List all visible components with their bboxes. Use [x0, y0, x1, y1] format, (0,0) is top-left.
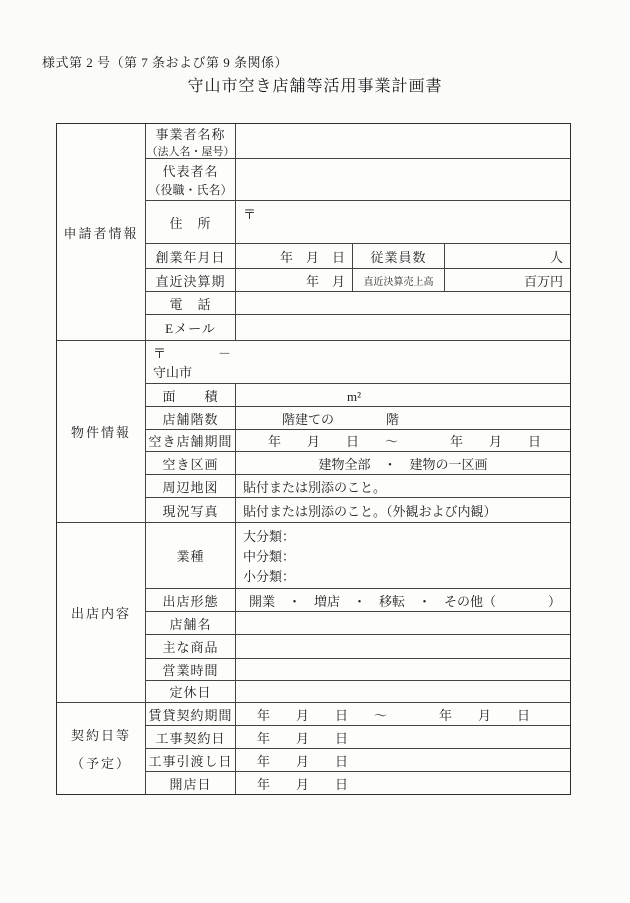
row-regular-holiday: 定休日	[146, 681, 570, 702]
row-property-address: 〒 － 守山市	[146, 341, 570, 384]
label-phone: 電 話	[146, 292, 236, 314]
label-store-name: 店舗名	[146, 612, 236, 634]
row-main-products: 主な商品	[146, 635, 570, 659]
group-label-property-info: 物件情報	[57, 341, 146, 522]
row-founding-date: 創業年月日 年 月 日 従業員数 人	[146, 244, 570, 269]
field-phone	[236, 292, 570, 314]
row-store-name: 店舗名	[146, 612, 570, 635]
label-address: 住 所	[146, 201, 236, 243]
label-construction-handover-date: 工事引渡し日	[146, 749, 236, 771]
section-property-info: 物件情報 〒 － 守山市 面 積 m² 店舗階数 階建ての	[57, 341, 570, 523]
label-business-name: 事業者名称 （法人名・屋号）	[146, 124, 236, 158]
row-phone: 電 話	[146, 292, 570, 315]
row-construction-contract-date: 工事契約日 年 月 日	[146, 726, 570, 749]
label-business-hours: 営業時間	[146, 659, 236, 680]
section-contract-dates: 契約日等 （予定） 賃貸契約期間 年 月 日 ～ 年 月 日 工事契約日 年 月…	[57, 703, 570, 794]
label-email: Eメール	[146, 315, 236, 340]
field-representative	[236, 159, 570, 200]
field-business-name	[236, 124, 570, 158]
field-construction-handover-date: 年 月 日	[236, 749, 570, 771]
field-email	[236, 315, 570, 340]
field-latest-fiscal-term: 年 月	[236, 269, 353, 291]
field-founding-date: 年 月 日	[236, 244, 353, 268]
row-area-map: 周辺地図 貼付または別添のこと。	[146, 475, 570, 498]
field-industry: 大分類： 中分類： 小分類：	[236, 523, 570, 588]
field-regular-holiday	[236, 681, 570, 702]
group-label-contract-dates: 契約日等 （予定）	[57, 703, 146, 794]
application-form-table: 申請者情報 事業者名称 （法人名・屋号） 代表者名 （役職・氏名） 住 所	[56, 123, 571, 795]
field-floor-area: m²	[236, 384, 570, 406]
row-floor-area: 面 積 m²	[146, 384, 570, 407]
field-area-map: 貼付または別添のこと。	[236, 475, 570, 497]
row-opening-type: 出店形態 開業 ・ 増店 ・ 移転 ・ その他（ ）	[146, 589, 570, 612]
field-address: 〒	[236, 201, 570, 243]
label-industry: 業種	[146, 523, 236, 588]
row-business-hours: 営業時間	[146, 659, 570, 681]
row-construction-handover-date: 工事引渡し日 年 月 日	[146, 749, 570, 772]
label-opening-date: 開店日	[146, 772, 236, 794]
field-current-photos: 貼付または別添のこと。（外観および内観）	[236, 498, 570, 522]
form-style-note: 様式第 2 号（第 7 条および第 9 条関係）	[42, 52, 288, 71]
group-label-store-details: 出店内容	[57, 523, 146, 702]
field-store-name	[236, 612, 570, 634]
row-address: 住 所 〒	[146, 201, 570, 244]
label-main-products: 主な商品	[146, 635, 236, 658]
field-construction-contract-date: 年 月 日	[236, 726, 570, 748]
group-label-applicant-info: 申請者情報	[57, 124, 146, 340]
row-store-floors: 店舗階数 階建ての 階	[146, 407, 570, 430]
field-vacancy-period: 年 月 日 ～ 年 月 日	[236, 430, 570, 451]
section-applicant-info: 申請者情報 事業者名称 （法人名・屋号） 代表者名 （役職・氏名） 住 所	[57, 124, 570, 341]
row-email: Eメール	[146, 315, 570, 340]
label-floor-area: 面 積	[146, 384, 236, 406]
label-latest-sales: 直近決算売上高	[353, 269, 445, 291]
row-latest-fiscal-term: 直近決算期 年 月 直近決算売上高 百万円	[146, 269, 570, 292]
label-construction-contract-date: 工事契約日	[146, 726, 236, 748]
label-employee-count: 従業員数	[353, 244, 445, 268]
label-latest-fiscal-term: 直近決算期	[146, 269, 236, 291]
label-vacancy-period: 空き店舗期間	[146, 430, 236, 451]
document-title: 守山市空き店舗等活用事業計画書	[0, 73, 630, 96]
field-store-floors: 階建ての 階	[236, 407, 570, 429]
field-business-hours	[236, 659, 570, 680]
field-opening-type: 開業 ・ 増店 ・ 移転 ・ その他（ ）	[236, 589, 570, 611]
label-opening-type: 出店形態	[146, 589, 236, 611]
section-store-details: 出店内容 業種 大分類： 中分類： 小分類： 出店形態 開業 ・ 増店 ・ 移転…	[57, 523, 570, 703]
row-industry: 業種 大分類： 中分類： 小分類：	[146, 523, 570, 589]
row-business-name: 事業者名称 （法人名・屋号）	[146, 124, 570, 159]
field-vacant-section: 建物全部 ・ 建物の一区画	[236, 452, 570, 474]
label-regular-holiday: 定休日	[146, 681, 236, 702]
label-founding-date: 創業年月日	[146, 244, 236, 268]
label-area-map: 周辺地図	[146, 475, 236, 497]
row-representative: 代表者名 （役職・氏名）	[146, 159, 570, 201]
label-representative: 代表者名 （役職・氏名）	[146, 159, 236, 200]
label-store-floors: 店舗階数	[146, 407, 236, 429]
label-lease-contract-period: 賃貸契約期間	[146, 703, 236, 725]
field-lease-contract-period: 年 月 日 ～ 年 月 日	[236, 703, 570, 725]
row-current-photos: 現況写真 貼付または別添のこと。（外観および内観）	[146, 498, 570, 522]
row-vacancy-period: 空き店舗期間 年 月 日 ～ 年 月 日	[146, 430, 570, 452]
label-vacant-section: 空き区画	[146, 452, 236, 474]
row-opening-date: 開店日 年 月 日	[146, 772, 570, 794]
field-latest-sales: 百万円	[445, 269, 570, 291]
field-employee-count: 人	[445, 244, 570, 268]
row-vacant-section: 空き区画 建物全部 ・ 建物の一区画	[146, 452, 570, 475]
field-property-address: 〒 － 守山市	[146, 341, 570, 383]
row-lease-contract-period: 賃貸契約期間 年 月 日 ～ 年 月 日	[146, 703, 570, 726]
field-main-products	[236, 635, 570, 658]
label-current-photos: 現況写真	[146, 498, 236, 522]
field-opening-date: 年 月 日	[236, 772, 570, 794]
